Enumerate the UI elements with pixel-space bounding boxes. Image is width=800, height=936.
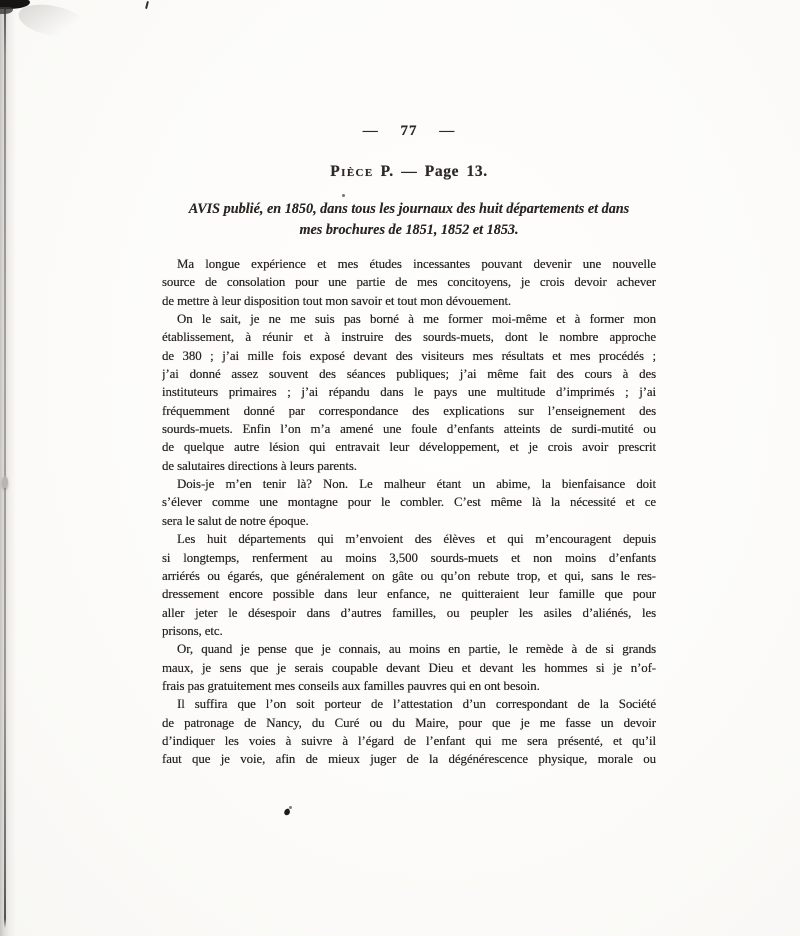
paragraph: Les huit départements qui m’envoient des…: [162, 530, 656, 640]
text-line: établissement, à réunir et à instruire d…: [162, 328, 656, 346]
avis-subtitle: AVIS publié, en 1850, dans tous les jour…: [162, 199, 656, 242]
text-line: source de consolation pour une partie de…: [162, 273, 656, 291]
paragraph: Dois-je m’en tenir là? Non. Le malheur é…: [162, 475, 656, 530]
paragraph: Ma longue expérience et mes études inces…: [162, 255, 656, 310]
piece-page-ref: P. — Page 13.: [381, 163, 488, 180]
piece-label: Pièce: [330, 163, 373, 180]
text-line: dressement encore possible dans leur enf…: [162, 585, 656, 603]
text-block: — 77 — PièceP. — Page 13. AVIS publié, e…: [162, 0, 656, 936]
text-line: Il suffira que l’on soit porteur de l’at…: [162, 695, 656, 713]
subtitle-line: AVIS publié, en 1850, dans tous les jour…: [162, 199, 656, 220]
text-line: j’ai donné assez souvent des séances pub…: [162, 365, 656, 383]
text-line: s’élever comme une montagne pour le comb…: [162, 493, 656, 511]
text-line: Les huit départements qui m’envoient des…: [162, 530, 656, 548]
text-line: de quelque autre lésion qui entravait le…: [162, 438, 656, 456]
text-line: faut que je voie, afin de mieux juger de…: [162, 750, 656, 768]
text-line: Dois-je m’en tenir là? Non. Le malheur é…: [162, 475, 656, 493]
paragraph: Il suffira que l’on soit porteur de l’at…: [162, 695, 656, 768]
paragraph: On le sait, je ne me suis pas borné à me…: [162, 310, 656, 475]
text-line: prisons, etc.: [162, 622, 656, 640]
text-line: sera le salut de notre époque.: [162, 512, 656, 530]
text-line: instituteurs primaires ; j’ai répandu da…: [162, 383, 656, 401]
scan-artifact-tick: [145, 1, 149, 9]
text-line: de 380 ; j’ai mille fois exposé devant d…: [162, 347, 656, 365]
text-line: On le sait, je ne me suis pas borné à me…: [162, 310, 656, 328]
text-line: arriérés ou égarés, que généralement on …: [162, 567, 656, 585]
text-line: aller jeter le désespoir dans d’autres f…: [162, 604, 656, 622]
scan-artifact-gutter-knot: [2, 476, 8, 488]
subtitle-line: mes brochures de 1851, 1852 et 1853.: [162, 220, 656, 241]
page-number: — 77 —: [162, 123, 656, 140]
text-line: maux, je sens que je serais coupable dev…: [162, 659, 656, 677]
text-line: frais pas gratuitement mes conseils aux …: [162, 677, 656, 695]
text-line: Ma longue expérience et mes études inces…: [162, 255, 656, 273]
text-line: sourds-muets. Enfin l’on m’a amené une f…: [162, 420, 656, 438]
page-gutter-shadow: [0, 0, 16, 936]
text-line: fréquemment donné par correspondance des…: [162, 402, 656, 420]
text-line: de patronage de Nancy, du Curé ou du Mai…: [162, 714, 656, 732]
scan-artifact-smudge: [16, 0, 91, 43]
text-line: si longtemps, renferment au moins 3,500 …: [162, 549, 656, 567]
piece-heading: PièceP. — Page 13.: [162, 163, 656, 181]
scanned-book-page: — 77 — PièceP. — Page 13. AVIS publié, e…: [0, 0, 800, 936]
text-line: de mettre à leur disposition tout mon sa…: [162, 292, 656, 310]
text-line: d’indiquer les voies à suivre à l’égard …: [162, 732, 656, 750]
text-line: de salutaires directions à leurs parents…: [162, 457, 656, 475]
page-gutter-line: [4, 0, 6, 928]
paragraph: Or, quand je pense que je connais, au mo…: [162, 640, 656, 695]
body-text: Ma longue expérience et mes études inces…: [162, 255, 656, 769]
text-line: Or, quand je pense que je connais, au mo…: [162, 640, 656, 658]
